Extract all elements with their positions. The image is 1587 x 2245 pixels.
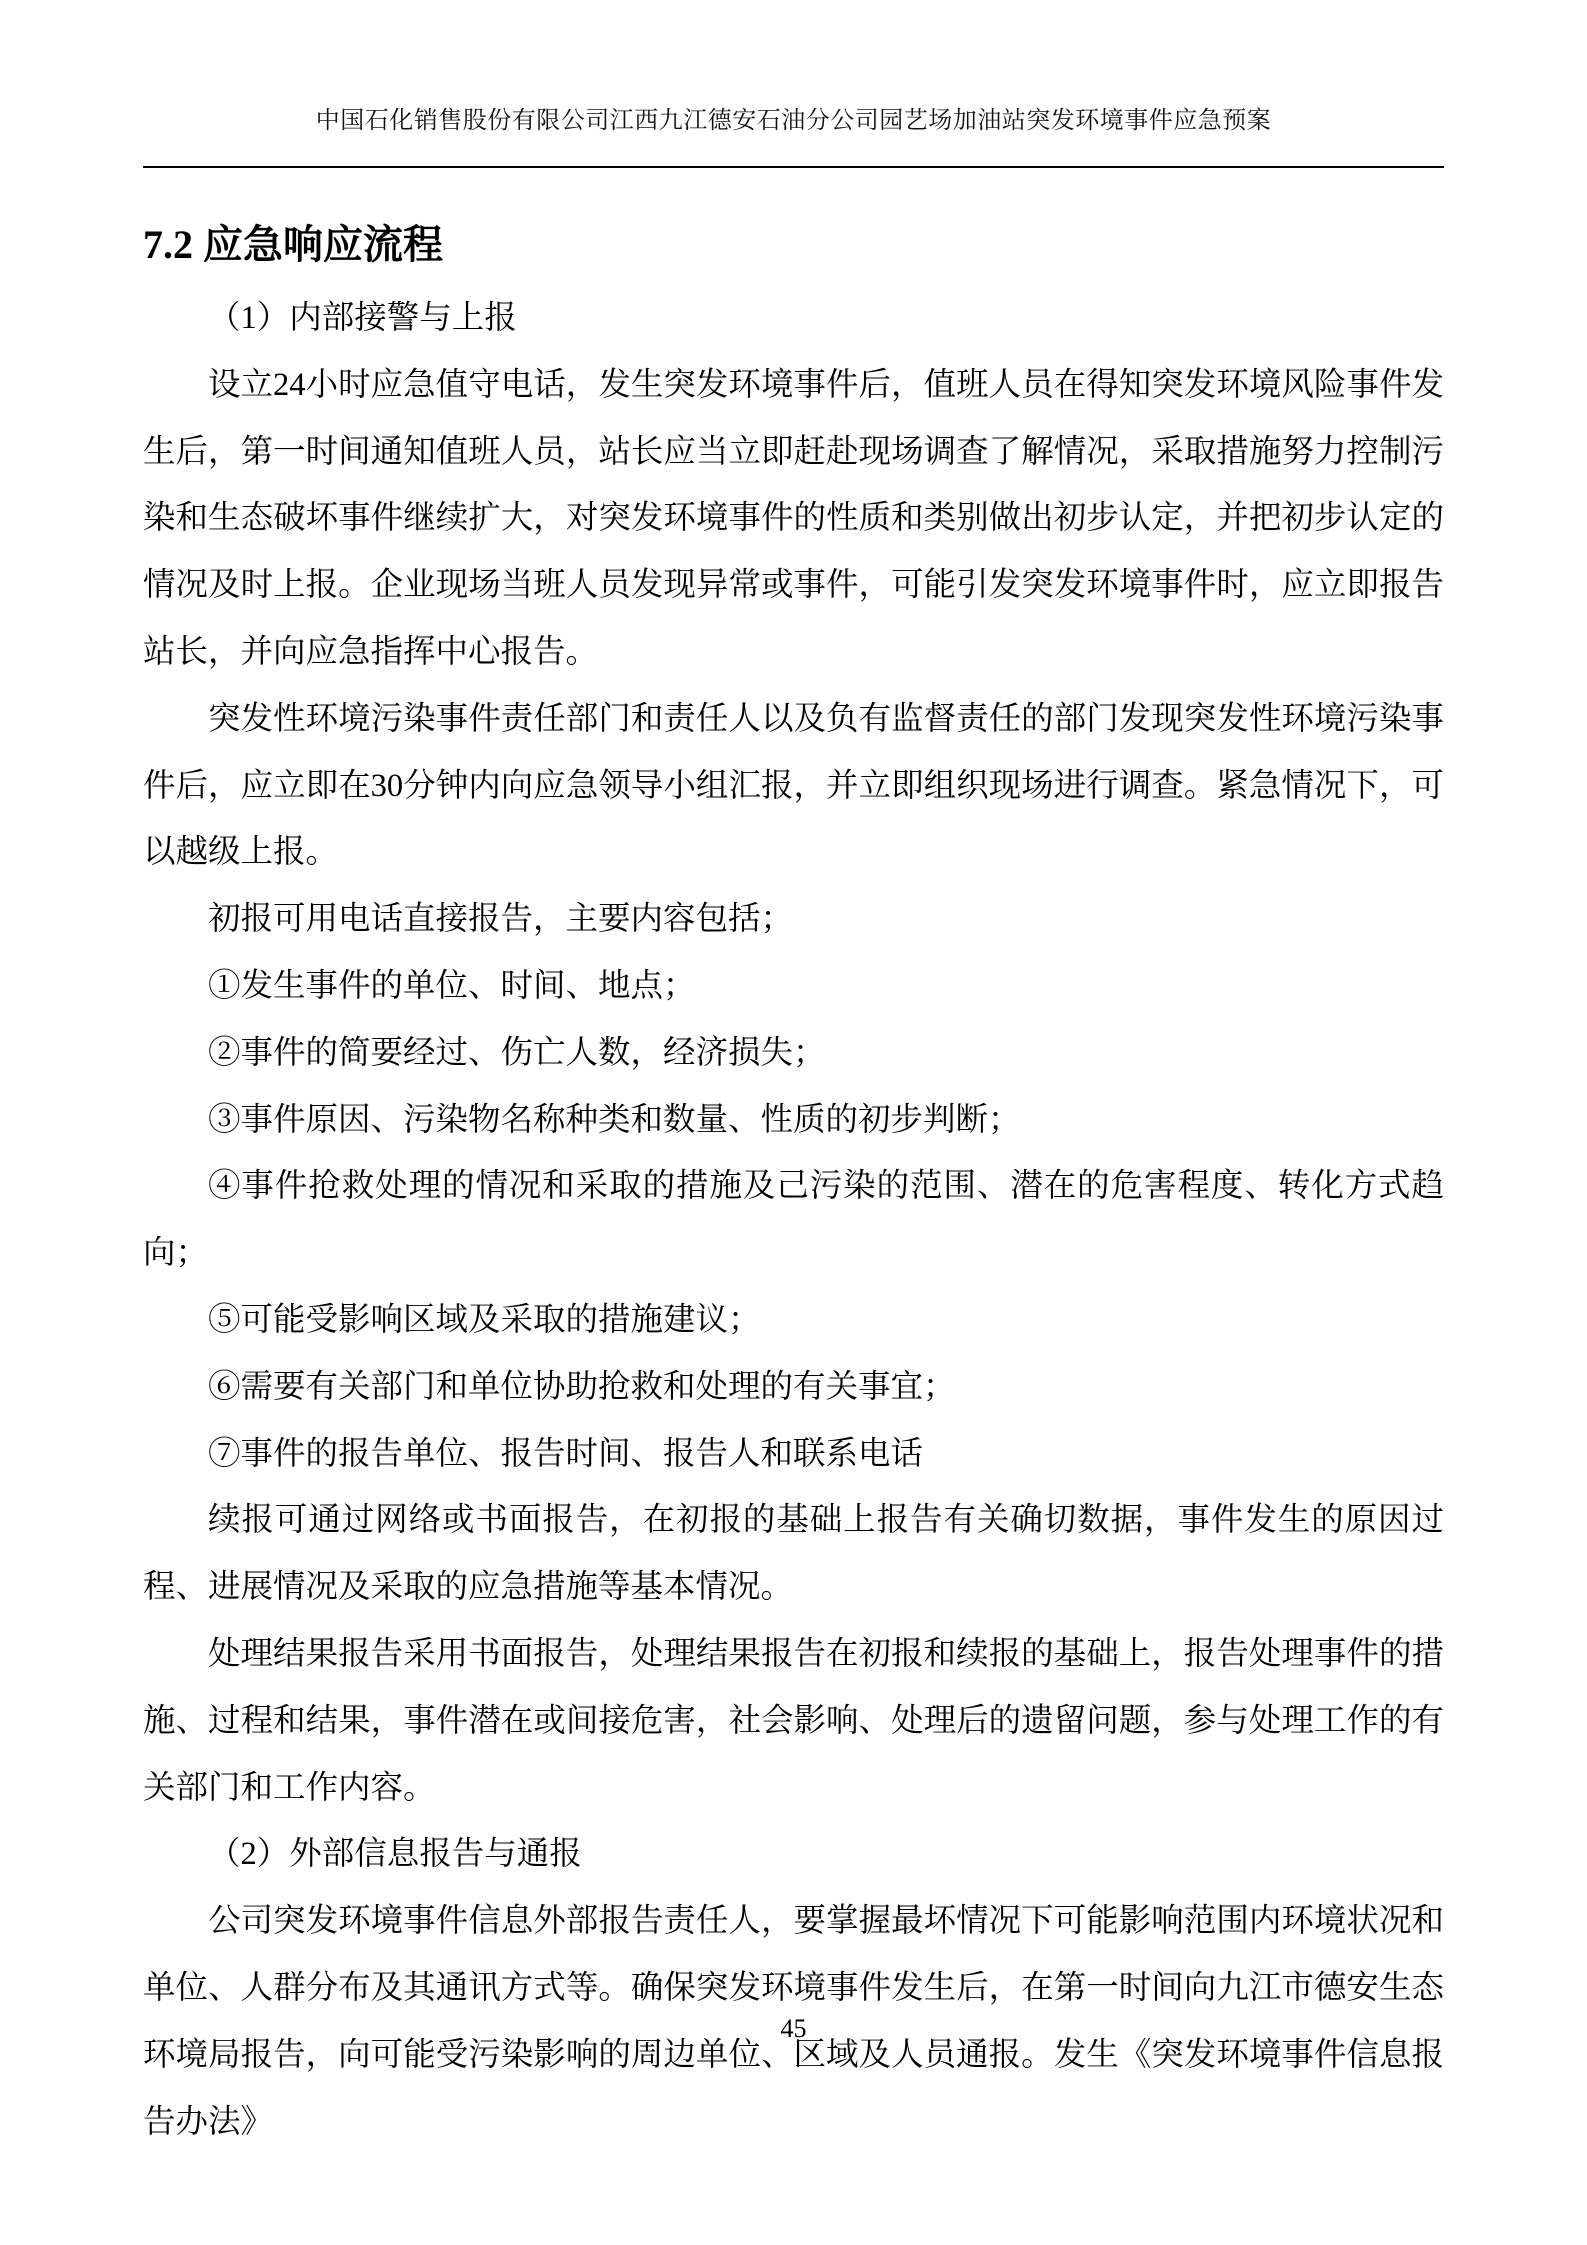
page-number: 45 xyxy=(0,2012,1587,2046)
list-item: ⑦事件的报告单位、报告时间、报告人和联系电话 xyxy=(143,1421,1444,1488)
paragraph: 初报可用电话直接报告，主要内容包括； xyxy=(143,886,1444,953)
list-item: ②事件的简要经过、伤亡人数，经济损失； xyxy=(143,1020,1444,1087)
section-title: 7.2 应急响应流程 xyxy=(143,205,1444,285)
subsection-heading: （1）内部接警与上报 xyxy=(143,285,1444,352)
paragraph: 设立24小时应急值守电话，发生突发环境事件后，值班人员在得知突发环境风险事件发生… xyxy=(143,352,1444,686)
list-item: ⑤可能受影响区域及采取的措施建议； xyxy=(143,1287,1444,1354)
paragraph: 处理结果报告采用书面报告，处理结果报告在初报和续报的基础上，报告处理事件的措施、… xyxy=(143,1621,1444,1821)
list-item: ⑥需要有关部门和单位协助抢救和处理的有关事宜； xyxy=(143,1354,1444,1421)
paragraph: 续报可通过网络或书面报告，在初报的基础上报告有关确切数据，事件发生的原因过程、进… xyxy=(143,1487,1444,1621)
document-page: 中国石化销售股份有限公司江西九江德安石油分公司园艺场加油站突发环境事件应急预案 … xyxy=(0,0,1587,2245)
list-item: ④事件抢救处理的情况和采取的措施及己污染的范围、潜在的危害程度、转化方式趋向； xyxy=(143,1153,1444,1287)
page-header-text: 中国石化销售股份有限公司江西九江德安石油分公司园艺场加油站突发环境事件应急预案 xyxy=(143,106,1444,136)
document-body: 7.2 应急响应流程 （1）内部接警与上报 设立24小时应急值守电话，发生突发环… xyxy=(143,205,1444,2155)
paragraph: 突发性环境污染事件责任部门和责任人以及负有监督责任的部门发现突发性环境污染事件后… xyxy=(143,686,1444,886)
list-item: ③事件原因、污染物名称种类和数量、性质的初步判断； xyxy=(143,1087,1444,1154)
subsection-heading: （2）外部信息报告与通报 xyxy=(143,1821,1444,1888)
header-divider-line xyxy=(143,166,1444,168)
list-item: ①发生事件的单位、时间、地点； xyxy=(143,953,1444,1020)
